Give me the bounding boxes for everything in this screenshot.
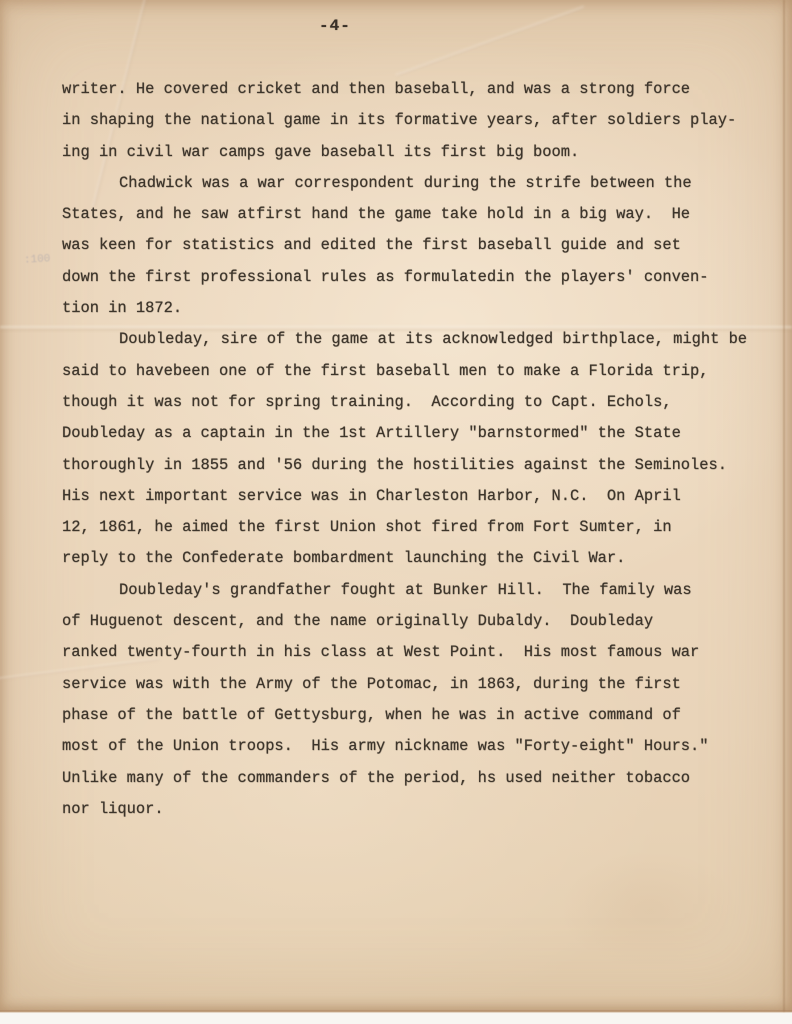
typed-line: down the first professional rules as for… bbox=[62, 262, 762, 293]
typed-line: Chadwick was a war correspondent during … bbox=[62, 168, 762, 199]
scanned-page-background: -4- :100 writer. He covered cricket and … bbox=[0, 0, 792, 1024]
paper-right-edge bbox=[783, 0, 785, 1012]
typed-line: States, and he saw atfirst hand the game… bbox=[62, 199, 762, 230]
typed-line: ranked twenty-fourth in his class at Wes… bbox=[62, 637, 762, 668]
typed-line: thoroughly in 1855 and '56 during the ho… bbox=[62, 450, 762, 481]
document-page: -4- :100 writer. He covered cricket and … bbox=[0, 0, 792, 1012]
typed-line: nor liquor. bbox=[62, 794, 762, 825]
paper-stain bbox=[560, 850, 740, 970]
typed-line: phase of the battle of Gettysburg, when … bbox=[62, 700, 762, 731]
page-number: -4- bbox=[319, 17, 351, 35]
typed-line: most of the Union troops. His army nickn… bbox=[62, 731, 762, 762]
typed-line: Doubleday as a captain in the 1st Artill… bbox=[62, 418, 762, 449]
typed-line: His next important service was in Charle… bbox=[62, 481, 762, 512]
paper-bottom-edge bbox=[0, 1010, 792, 1013]
typed-line: Unlike many of the commanders of the per… bbox=[62, 763, 762, 794]
typed-line: writer. He covered cricket and then base… bbox=[62, 74, 762, 105]
typed-line: though it was not for spring training. A… bbox=[62, 387, 762, 418]
typed-line: said to havebeen one of the first baseba… bbox=[62, 356, 762, 387]
typed-line: Doubleday's grandfather fought at Bunker… bbox=[62, 575, 762, 606]
typed-line: reply to the Confederate bombardment lau… bbox=[62, 543, 762, 574]
typed-line: in shaping the national game in its form… bbox=[62, 105, 762, 136]
typed-line: was keen for statistics and edited the f… bbox=[62, 230, 762, 261]
typed-line: ing in civil war camps gave baseball its… bbox=[62, 137, 762, 168]
typed-lines: writer. He covered cricket and then base… bbox=[62, 74, 762, 825]
paper-crease bbox=[396, 6, 585, 77]
typed-line: 12, 1861, he aimed the first Union shot … bbox=[62, 512, 762, 543]
typed-line: service was with the Army of the Potomac… bbox=[62, 669, 762, 700]
margin-imprint: :100 bbox=[24, 253, 51, 266]
typed-line: Doubleday, sire of the game at its ackno… bbox=[62, 324, 762, 355]
typed-line: tion in 1872. bbox=[62, 293, 762, 324]
typed-line: of Huguenot descent, and the name origin… bbox=[62, 606, 762, 637]
